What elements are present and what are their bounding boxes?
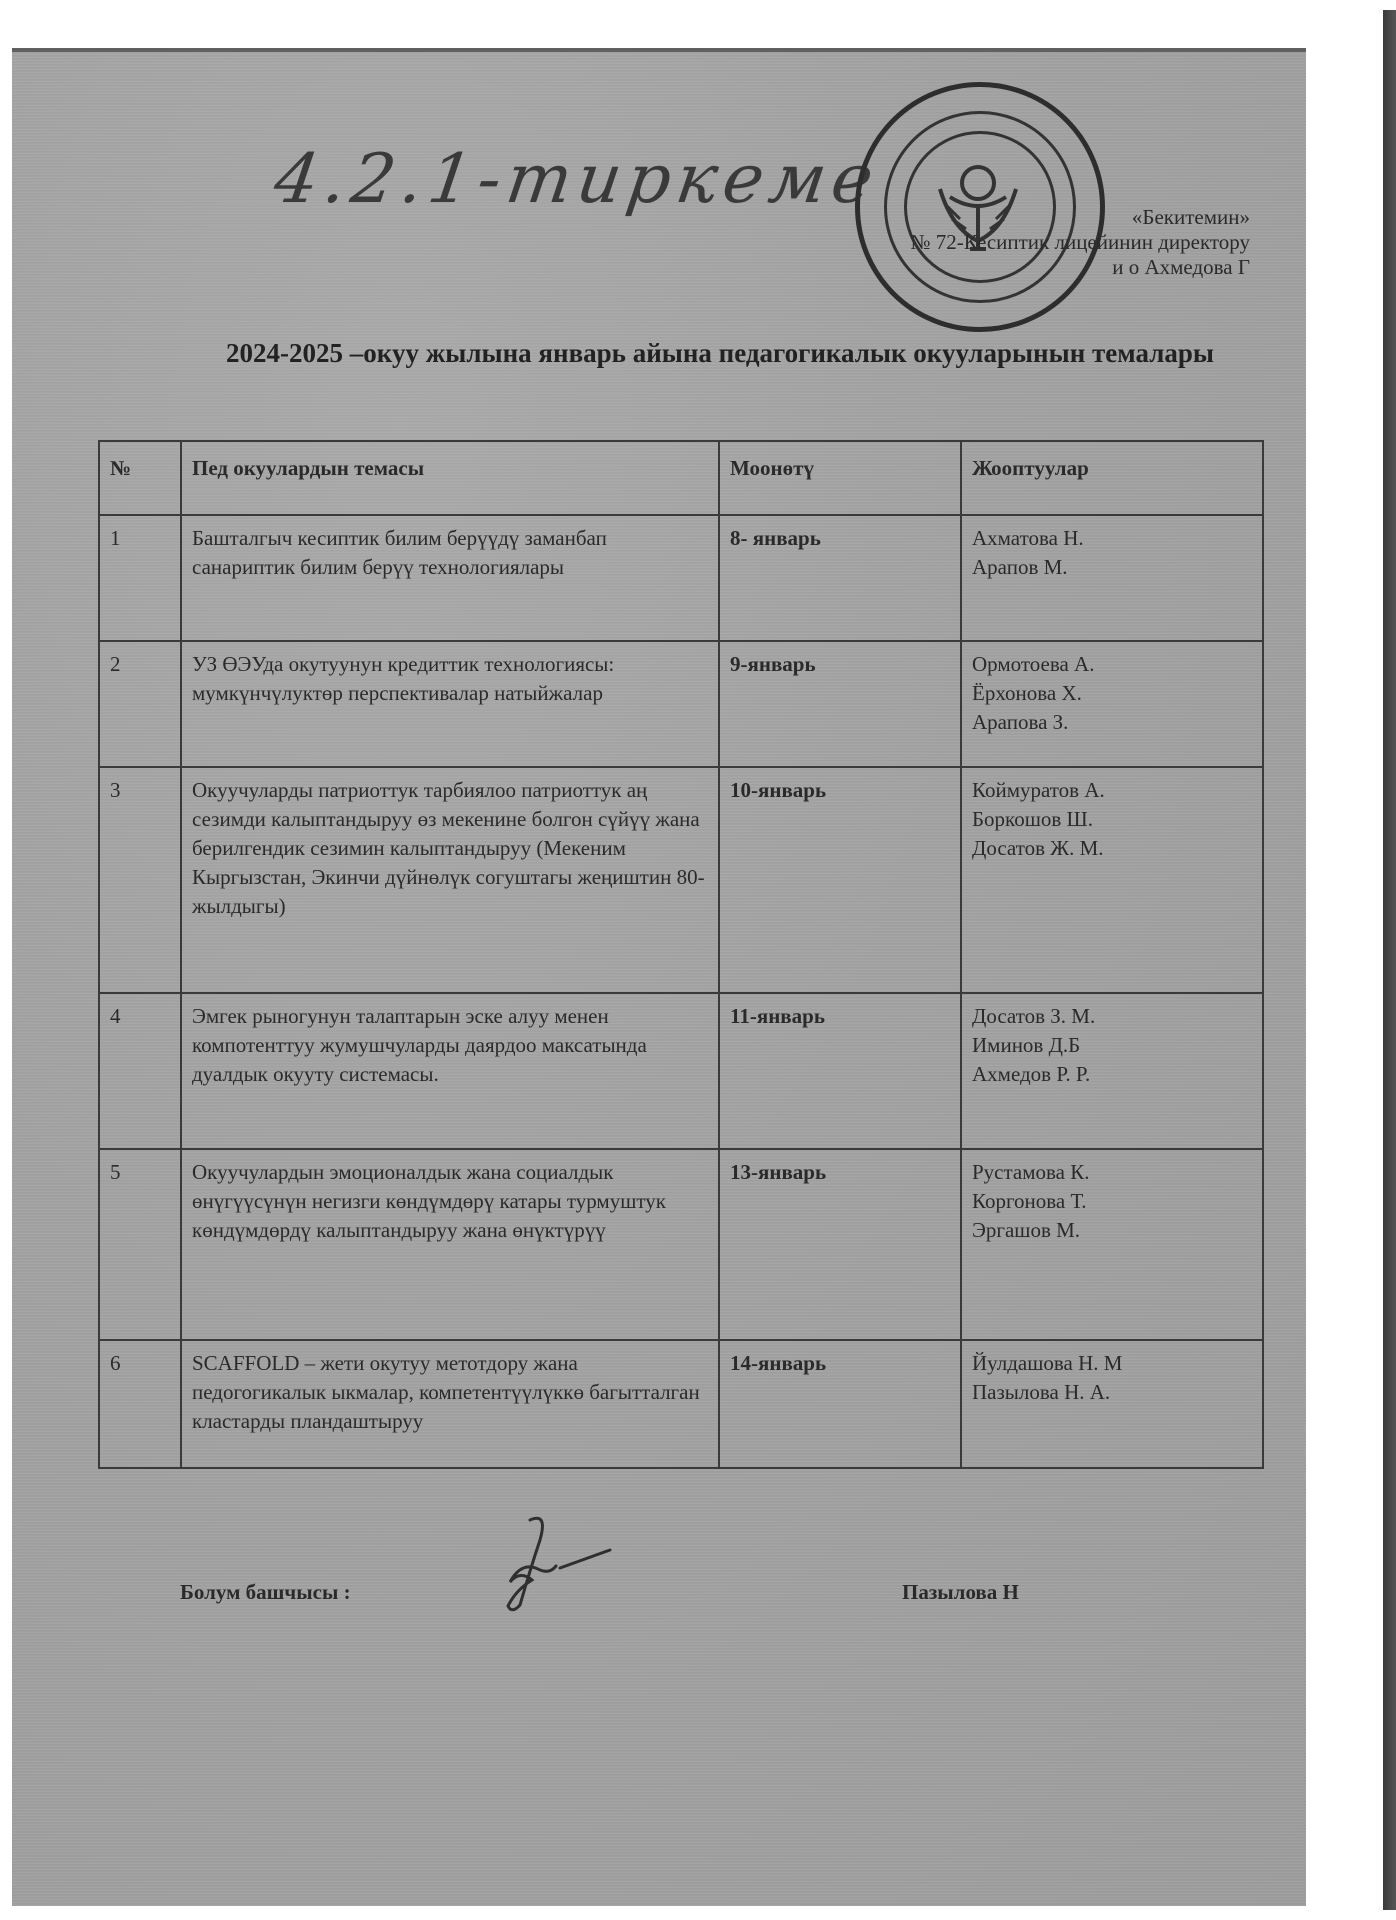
responsible-person: Арапова З.	[972, 708, 1252, 737]
row-responsible: Йулдашова Н. МПазылова Н. А.	[961, 1340, 1263, 1468]
responsible-person: Рустамова К.	[972, 1158, 1252, 1187]
scan-edge-shadow	[1383, 10, 1396, 1910]
responsible-person: Боркошов Ш.	[972, 805, 1252, 834]
department-head-label: Болум башчысы :	[180, 1580, 351, 1605]
table-row: 2УЗ ӨЭУда окутуунун кредиттик технология…	[99, 641, 1263, 767]
header-number: №	[99, 441, 181, 515]
handwritten-signature-icon	[460, 1510, 620, 1620]
row-topic: Башталгыч кесиптик билим берүүдү заманба…	[181, 515, 719, 641]
responsible-person: Досатов З. М.	[972, 1002, 1252, 1031]
row-date: 8- январь	[719, 515, 961, 641]
responsible-person: Йулдашова Н. М	[972, 1349, 1252, 1378]
approval-block: «Бекитемин» № 72-Кесиптик лицейинин дире…	[910, 205, 1250, 280]
row-number: 4	[99, 993, 181, 1149]
row-number: 6	[99, 1340, 181, 1468]
row-topic: Эмгек рыногунун талаптарын эске алуу мен…	[181, 993, 719, 1149]
row-number: 2	[99, 641, 181, 767]
row-topic: Окуучулардын эмоционалдык жана социалдык…	[181, 1149, 719, 1340]
seminar-schedule-table: № Пед окуулардын темасы Моонөтү Жооптуул…	[98, 440, 1264, 1469]
row-date: 11-январь	[719, 993, 961, 1149]
responsible-person: Иминов Д.Б	[972, 1031, 1252, 1060]
responsible-person: Ёрхонова Х.	[972, 679, 1252, 708]
row-responsible: Рустамова К.Коргонова Т.Эргашов М.	[961, 1149, 1263, 1340]
header-topic: Пед окуулардын темасы	[181, 441, 719, 515]
approval-director-name: и о Ахмедова Г	[910, 255, 1250, 280]
responsible-person: Коргонова Т.	[972, 1187, 1252, 1216]
row-date: 14-январь	[719, 1340, 961, 1468]
approval-position: № 72-Кесиптик лицейинин директору	[910, 230, 1250, 255]
header-responsible: Жооптуулар	[961, 441, 1263, 515]
row-topic: SCAFFOLD – жети окутуу метотдору жана пе…	[181, 1340, 719, 1468]
row-topic: УЗ ӨЭУда окутуунун кредиттик технологияс…	[181, 641, 719, 767]
handwritten-annex-note: 4.2.1-тиркеме	[269, 140, 883, 219]
table-row: 1Башталгыч кесиптик билим берүүдү заманб…	[99, 515, 1263, 641]
row-number: 1	[99, 515, 181, 641]
table-row: 3Окуучуларды патриоттук тарбиялоо патрио…	[99, 767, 1263, 993]
responsible-person: Пазылова Н. А.	[972, 1378, 1252, 1407]
row-date: 13-январь	[719, 1149, 961, 1340]
responsible-person: Арапов М.	[972, 553, 1252, 582]
row-responsible: Досатов З. М.Иминов Д.БАхмедов Р. Р.	[961, 993, 1263, 1149]
approval-heading: «Бекитемин»	[910, 205, 1250, 230]
row-responsible: Ахматова Н.Арапов М.	[961, 515, 1263, 641]
table-row: 6 SCAFFOLD – жети окутуу метотдору жана …	[99, 1340, 1263, 1468]
header-date: Моонөтү	[719, 441, 961, 515]
responsible-person: Коймуратов А.	[972, 776, 1252, 805]
responsible-person: Ахмедов Р. Р.	[972, 1060, 1252, 1089]
responsible-person: Ахматова Н.	[972, 524, 1252, 553]
row-date: 10-январь	[719, 767, 961, 993]
row-responsible: Коймуратов А.Боркошов Ш.Досатов Ж. М.	[961, 767, 1263, 993]
department-head-name: Пазылова Н	[902, 1580, 1019, 1605]
table-header-row: № Пед окуулардын темасы Моонөтү Жооптуул…	[99, 441, 1263, 515]
row-number: 5	[99, 1149, 181, 1340]
table-row: 4Эмгек рыногунун талаптарын эске алуу ме…	[99, 993, 1263, 1149]
responsible-person: Досатов Ж. М.	[972, 834, 1252, 863]
row-number: 3	[99, 767, 181, 993]
row-date: 9-январь	[719, 641, 961, 767]
responsible-person: Эргашов М.	[972, 1216, 1252, 1245]
row-topic: Окуучуларды патриоттук тарбиялоо патриот…	[181, 767, 719, 993]
row-responsible: Ормотоева А.Ёрхонова Х.Арапова З.	[961, 641, 1263, 767]
table-row: 5Окуучулардын эмоционалдык жана социалды…	[99, 1149, 1263, 1340]
document-title: 2024-2025 –окуу жылына январь айына педа…	[175, 333, 1265, 373]
responsible-person: Ормотоева А.	[972, 650, 1252, 679]
